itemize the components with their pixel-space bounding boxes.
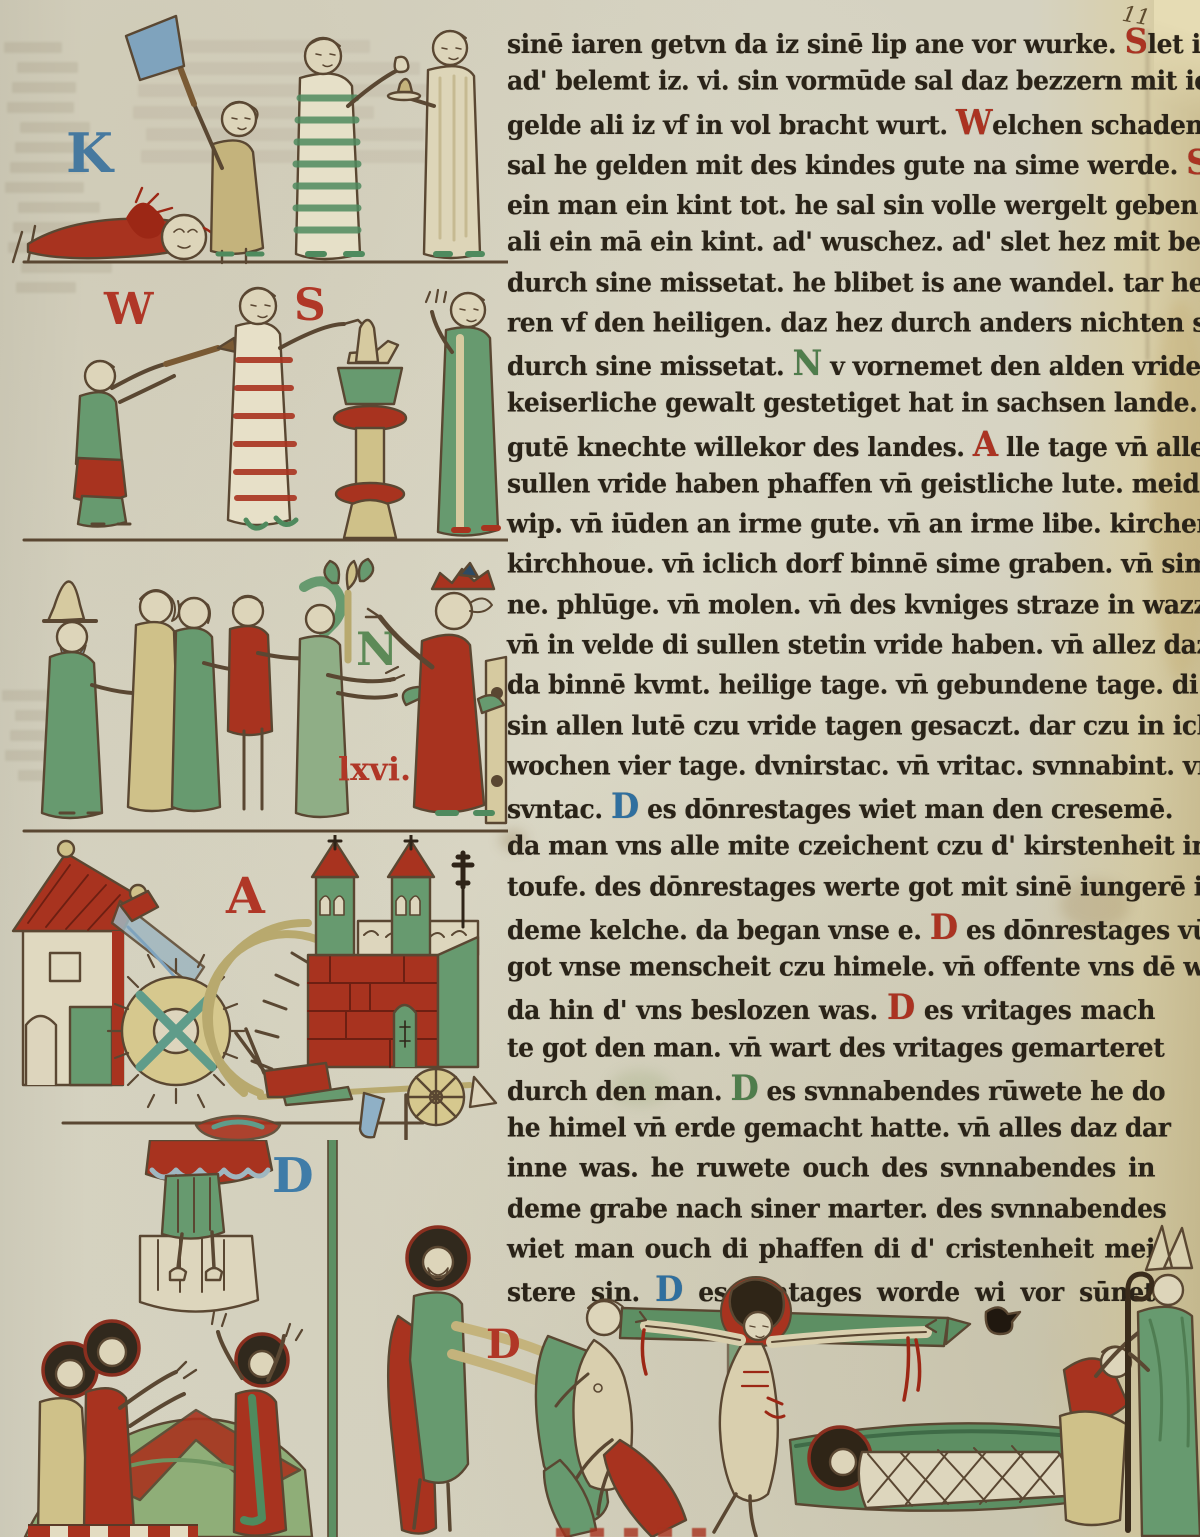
text-segment: ein man ein kint tot. he sal sin volle w… xyxy=(507,190,1200,221)
raised-hand-man-figure xyxy=(426,290,498,536)
text-segment: ren vf den heiligen. daz hez durch ander… xyxy=(507,307,1200,338)
miniature-register-2: W S xyxy=(8,268,508,545)
initial-k: K xyxy=(66,121,115,185)
striped-man-figure xyxy=(296,38,408,259)
text-line: da man vns alle mite czeichent czu d' ki… xyxy=(507,825,1155,868)
text-segment: durch sine missetat. xyxy=(507,351,793,382)
text-line: sin allen lutē czu vride tagen gesaczt. … xyxy=(507,705,1155,748)
divider-pole xyxy=(328,1140,337,1537)
ascension-scene: D xyxy=(25,1140,314,1537)
text-line: wip. vn̄ iūden an irme gute. vn̄ an irme… xyxy=(507,503,1155,546)
text-line: svntac. D es dōnrestages wiet man den cr… xyxy=(507,785,1155,828)
text-line: te got den man. vn̄ wart des vritages ge… xyxy=(507,1027,1155,1070)
text-line: durch sine missetat. N v vornemet den al… xyxy=(507,342,1155,385)
text-segment: te got den man. vn̄ wart des vritages ge… xyxy=(507,1032,1164,1063)
text-segment: wochen vier tage. dvnirstac. vn̄ vritac.… xyxy=(507,750,1200,781)
rubricated-initial: A xyxy=(973,423,998,464)
bird-icon xyxy=(986,1307,1020,1334)
text-line: kirchhoue. vn̄ iclich dorf binnē sime gr… xyxy=(507,543,1155,586)
text-segment: es vritages mach xyxy=(915,995,1155,1026)
text-segment: toufe. des dōnrestages werte got mit sin… xyxy=(507,871,1200,902)
text-line: wochen vier tage. dvnirstac. vn̄ vritac.… xyxy=(507,745,1155,788)
text-line: ad' belemt iz. vi. sin vormūde sal daz b… xyxy=(507,60,1155,103)
miniature-register-3: N lxvi. xyxy=(8,545,508,835)
text-segment: durch sine missetat. he blibet is ane wa… xyxy=(507,267,1200,298)
text-segment: gutē knechte willekor des landes. xyxy=(507,431,973,462)
text-segment: es dōnrestages vūrte xyxy=(958,914,1200,945)
text-segment: ad' belemt iz. vi. sin vormūde sal daz b… xyxy=(507,66,1200,97)
text-segment: vn̄ in velde di sullen stetin vride habe… xyxy=(507,629,1200,660)
rubricated-initial: D xyxy=(611,785,639,826)
text-segment: wip. vn̄ iūden an irme gute. vn̄ an irme… xyxy=(507,508,1200,539)
text-segment: da hin d' vns beslozen was. xyxy=(507,995,887,1026)
text-segment: deme kelche. da began vnse e. xyxy=(507,914,930,945)
initial-w: W xyxy=(103,284,154,335)
initial-a: A xyxy=(225,866,266,925)
horn-icon xyxy=(166,348,218,364)
text-line: got vnse menscheit czu himele. vn̄ offen… xyxy=(507,946,1155,989)
text-segment: es svnnabendes rūwete he do xyxy=(758,1075,1165,1106)
rubricated-initial: N xyxy=(793,342,822,383)
text-column: sinē iaren getvn da iz sinē lip ane vor … xyxy=(507,20,1155,1309)
text-line: vn̄ in velde di sullen stetin vride habe… xyxy=(507,624,1155,667)
rubricated-initial: D xyxy=(930,906,958,947)
text-line: toufe. des dōnrestages werte got mit sin… xyxy=(507,866,1155,909)
rubricated-initial: S xyxy=(1186,141,1200,182)
initial-d-creation: D xyxy=(486,1321,521,1368)
bishop-figure xyxy=(1128,1226,1200,1536)
text-segment: ne. phlūge. vn̄ molen. vn̄ des kvniges s… xyxy=(507,589,1200,620)
rubricated-initial: S xyxy=(1124,20,1147,61)
creation-scene: D xyxy=(388,1227,686,1537)
text-segment: sin allen lutē czu vride tagen gesaczt. … xyxy=(507,710,1200,741)
miniature-register-5: D xyxy=(0,1140,1200,1537)
text-line: durch sine missetat. he blibet is ane wa… xyxy=(507,262,1155,305)
text-segment: elchen schaden iz tvt dē xyxy=(992,109,1200,140)
rubricated-initial: D xyxy=(887,986,915,1027)
text-line: deme kelche. da began vnse e. D es dōnre… xyxy=(507,906,1155,949)
manuscript-page: 11 sinē iaren getvn da iz sinē lip ane v… xyxy=(0,0,1200,1537)
red-marks xyxy=(556,1528,706,1537)
rubricated-initial: D xyxy=(730,1067,758,1108)
text-line: gutē knechte willekor des landes. A lle … xyxy=(507,423,1155,466)
text-line: sullen vride haben phaffen vn̄ geistlich… xyxy=(507,463,1155,506)
miniature-register-4: A xyxy=(8,835,508,1140)
text-line: sal he gelden mit des kindes gute na sim… xyxy=(507,141,1155,184)
text-line: da hin d' vns beslozen was. D es vritage… xyxy=(507,986,1155,1029)
text-segment: v vornemet den alden vride den di xyxy=(822,351,1200,382)
text-segment: let iz einē mā xyxy=(1148,28,1200,59)
text-line: ali ein mā ein kint. ad' wuschez. ad' sl… xyxy=(507,221,1155,264)
text-line: durch den man. D es svnnabendes rūwete h… xyxy=(507,1067,1155,1110)
text-segment: kirchhoue. vn̄ iclich dorf binnē sime gr… xyxy=(507,549,1200,580)
text-line: da binnē kvmt. heilige tage. vn̄ gebunde… xyxy=(507,664,1155,707)
horn-blower-figure xyxy=(74,338,236,527)
church xyxy=(308,835,478,1067)
border-bar-fragment xyxy=(28,1524,198,1537)
text-segment: ali ein mā ein kint. ad' wuschez. ad' sl… xyxy=(507,227,1200,258)
text-segment: da binnē kvmt. heilige tage. vn̄ gebunde… xyxy=(507,670,1198,701)
reliquary-column xyxy=(334,320,406,538)
chapter-number: lxvi. xyxy=(338,750,411,788)
axe-icon xyxy=(126,16,184,80)
text-segment: sinē iaren getvn da iz sinē lip ane vor … xyxy=(507,28,1124,59)
mitre-icon xyxy=(1146,1226,1192,1270)
text-segment: svntac. xyxy=(507,794,611,825)
text-line: keiserliche gewalt gestetiget hat in sac… xyxy=(507,382,1155,425)
text-segment: durch den man. xyxy=(507,1075,730,1106)
cross-icon xyxy=(454,853,472,887)
text-segment: he himel vn̄ erde gemacht hatte. vn̄ all… xyxy=(507,1112,1171,1143)
text-line: sinē iaren getvn da iz sinē lip ane vor … xyxy=(507,20,1155,63)
text-line: ein man ein kint tot. he sal sin volle w… xyxy=(507,181,1155,224)
text-line: ren vf den heiligen. daz hez durch ander… xyxy=(507,302,1155,345)
text-segment: sal he gelden mit des kindes gute na sim… xyxy=(507,149,1186,180)
miniature-register-1: K xyxy=(8,6,508,268)
text-segment: da man vns alle mite czeichent czu d' ki… xyxy=(507,831,1200,862)
rubricated-initial: W xyxy=(956,101,992,142)
corpse-figure xyxy=(13,188,218,262)
text-segment: gelde ali iz vf in vol bracht wurt. xyxy=(507,109,956,140)
text-segment: keiserliche gewalt gestetiget hat in sac… xyxy=(507,388,1200,419)
text-line: ne. phlūge. vn̄ molen. vn̄ des kvniges s… xyxy=(507,584,1155,627)
initial-s: S xyxy=(294,280,326,331)
text-segment: sullen vride haben phaffen vn̄ geistlich… xyxy=(507,468,1200,499)
text-segment: lle tage vn̄ alle czit xyxy=(998,431,1200,462)
text-line: gelde ali iz vf in vol bracht wurt. Welc… xyxy=(507,101,1155,144)
text-segment: got vnse menscheit czu himele. vn̄ offen… xyxy=(507,951,1200,982)
initial-d-ascension: D xyxy=(272,1148,314,1204)
text-segment: es dōnrestages wiet man den cresemē. xyxy=(639,794,1173,825)
